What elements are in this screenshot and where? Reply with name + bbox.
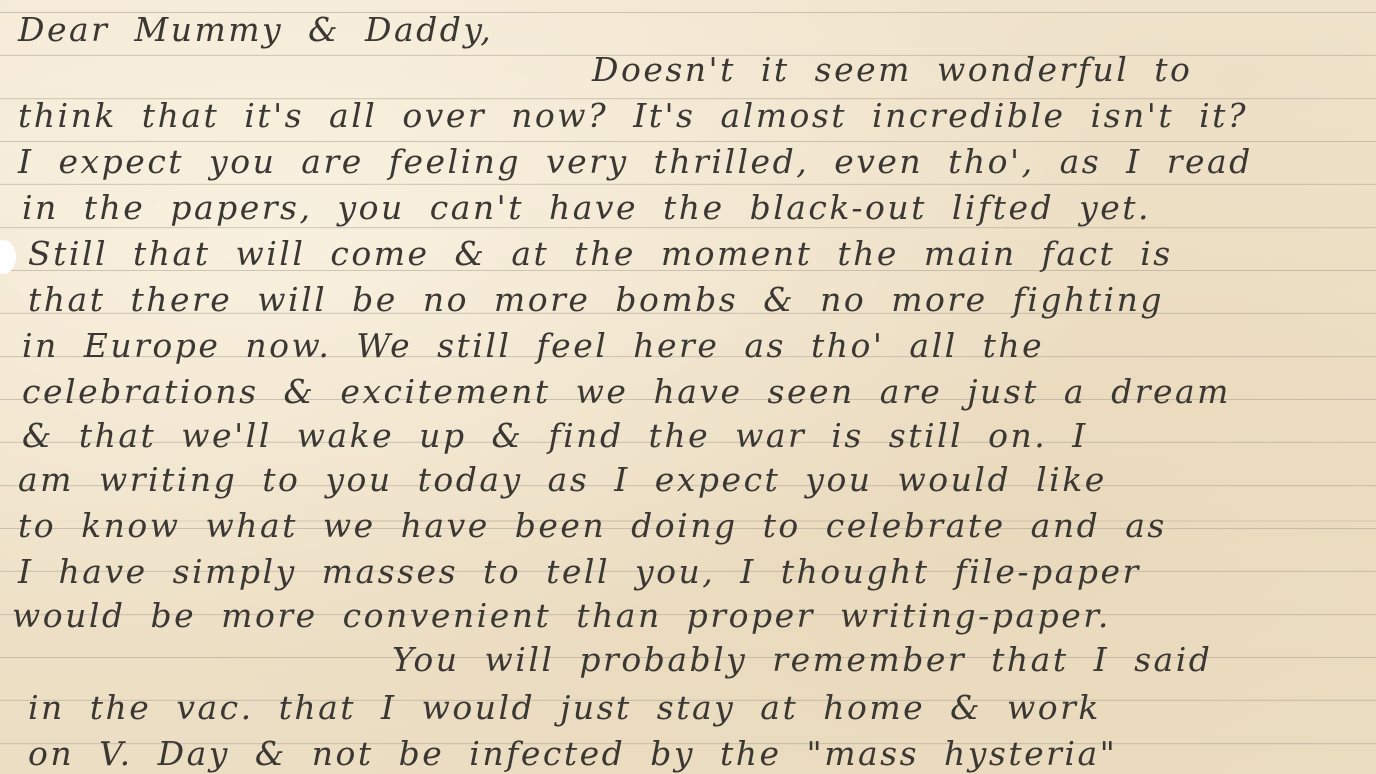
letter-line-8: celebrations & excitement we have seen a… (22, 370, 1231, 413)
letter-line-11: to know what we have been doing to celeb… (18, 504, 1167, 547)
letter-line-16: on V. Day & not be infected by the "mass… (28, 732, 1117, 774)
letter-line-5: Still that will come & at the moment the… (28, 232, 1173, 275)
letter-line-1: Doesn't it seem wonderful to (592, 48, 1192, 91)
letter-line-2: think that it's all over now? It's almos… (18, 94, 1248, 137)
letter-line-10: am writing to you today as I expect you … (18, 458, 1107, 501)
letter-line-3: I expect you are feeling very thrilled, … (18, 140, 1253, 183)
letter-line-12: I have simply masses to tell you, I thou… (18, 550, 1141, 593)
letter-line-13: would be more convenient than proper wri… (12, 594, 1111, 637)
letter-line-9: & that we'll wake up & find the war is s… (22, 414, 1088, 457)
salutation: Dear Mummy & Daddy, (18, 8, 493, 51)
punched-hole (0, 240, 16, 274)
letter-page: Dear Mummy & Daddy, Doesn't it seem wond… (0, 0, 1376, 774)
letter-line-4: in the papers, you can't have the black-… (22, 186, 1151, 229)
letter-line-7: in Europe now. We still feel here as tho… (22, 324, 1044, 367)
letter-line-15: in the vac. that I would just stay at ho… (28, 686, 1101, 729)
letter-line-6: that there will be no more bombs & no mo… (28, 278, 1164, 321)
letter-line-14: You will probably remember that I said (392, 638, 1212, 681)
